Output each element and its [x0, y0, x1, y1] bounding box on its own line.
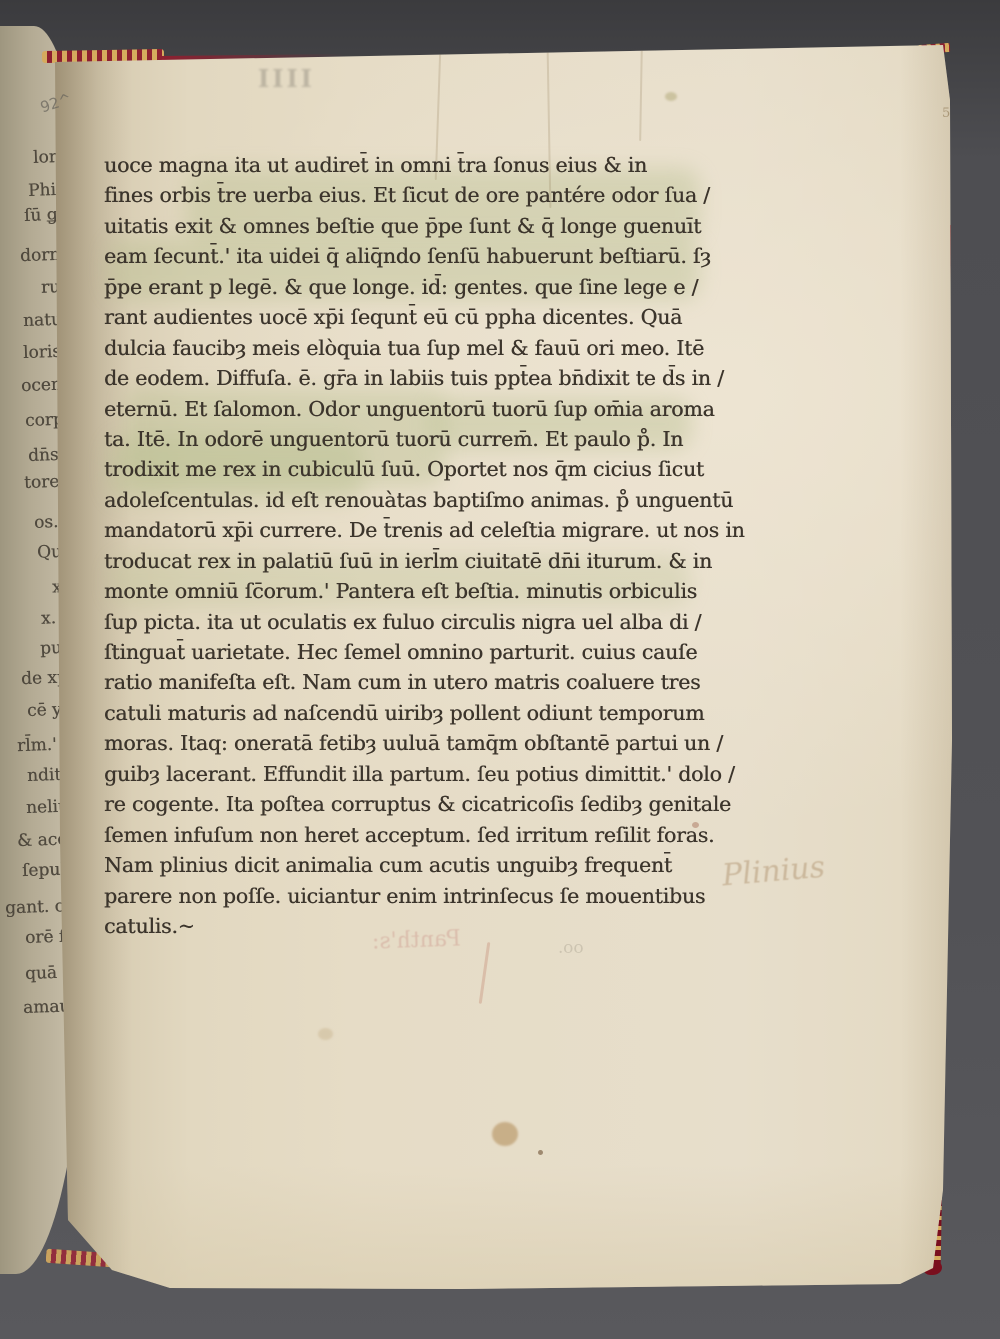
numeral-bleedthrough: IIII: [258, 64, 315, 93]
page-edge-shadow: [900, 40, 955, 1295]
text-line: de eodem. Diffuſa. ē. gr̄a in labiis tui…: [104, 363, 744, 393]
text-line: guibȝ lacerant. Effundit illa partum. ſe…: [104, 759, 744, 789]
text-line: ta. Itē. In odorē unguentorū tuorū curre…: [104, 424, 744, 454]
text-line: ſup picta. ita ut oculatis ex fuluo circ…: [104, 607, 744, 637]
text-line: Nam plinius dicit animalia cum acutis un…: [104, 850, 744, 880]
text-line: re cogente. Ita poſtea corruptus & cicat…: [104, 789, 744, 819]
text-line: trodixit me rex in cubiculū ſuū. Oportet…: [104, 454, 744, 484]
text-line: eternū. Et ſalomon. Odor unguentorū tuor…: [104, 394, 744, 424]
text-bleedthrough: oo.: [558, 938, 584, 958]
folio-number: 5: [942, 106, 950, 121]
stain: [318, 1028, 333, 1040]
text-line: adoleſcentulas. id eſt renouàtas baptiſm…: [104, 485, 744, 515]
text-line: ſtinguat̄ uarietate. Hec ſemel omnino pa…: [104, 637, 744, 667]
text-line: eam ſecunt̄.' ita uidei q̄ aliq̄ndo ſenſ…: [104, 241, 744, 271]
text-line: uoce magna ita ut audiret̄ in omni t̄ra …: [104, 150, 744, 180]
text-line: parere non poſſe. uiciantur enim intrinſ…: [104, 881, 744, 911]
text-line: mandatorū xp̄i currere. De t̄renis ad ce…: [104, 515, 744, 545]
text-block: uoce magna ita ut audiret̄ in omni t̄ra …: [104, 150, 744, 941]
stain: [492, 1122, 518, 1146]
text-line: ratio manifeſta eſt. Nam cum in utero ma…: [104, 667, 744, 697]
text-line: ſemen infuſum non heret acceptum. ſed ir…: [104, 820, 744, 850]
text-line: fines orbis t̄re uerba eius. Et ſicut de…: [104, 180, 744, 210]
text-line: rant audientes uocē xp̄i ſequnt̄ eū cū p…: [104, 302, 744, 332]
text-line: moras. Itaq: oneratā fetibȝ uuluā tamq̄m…: [104, 728, 744, 758]
text-line: uitatis exit & omnes beſtie que p̄pe ſun…: [104, 211, 744, 241]
parchment-crease: [639, 46, 643, 141]
text-line: troducat rex in palatiū ſuū in ierl̄m ci…: [104, 546, 744, 576]
stain: [538, 1150, 543, 1155]
text-line: p̄pe erant p legē. & que longe. id̄: gen…: [104, 272, 744, 302]
text-line: dulcia faucibȝ meis elòquia tua ſup mel …: [104, 333, 744, 363]
text-line: monte omniū ſc̄orum.' Pantera eſt beſtia…: [104, 576, 744, 606]
manuscript-photo: { "page": { "pencil_mark": "92^", "bleed…: [0, 0, 1000, 1339]
stain: [665, 92, 677, 101]
text-line: catuli maturis ad naſcendū uiribȝ pollen…: [104, 698, 744, 728]
rubric-bleedthrough: Panth's:: [372, 926, 462, 954]
